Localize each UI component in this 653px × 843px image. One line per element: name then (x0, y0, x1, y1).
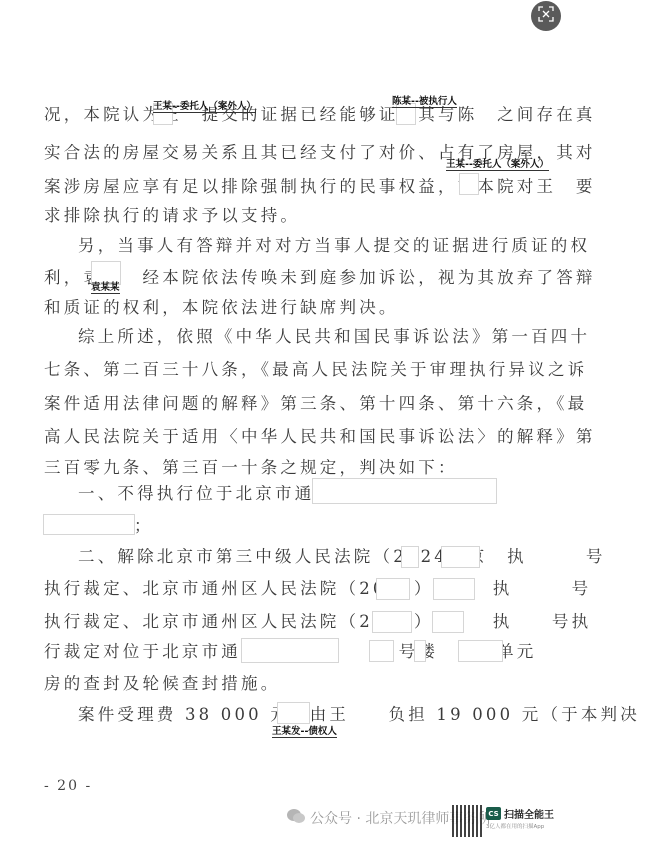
redaction-box (433, 578, 475, 600)
scanner-app-badge: CS 扫描全能王 (486, 806, 554, 821)
redaction-box (241, 638, 339, 663)
text-line: 七条、第二百三十八条，《最高人民法院关于审理执行异议之诉 (44, 359, 587, 381)
text-line: 另，当事人有答辩并对对方当事人提交的证据进行质证的权 (78, 235, 590, 257)
redaction-box (376, 578, 410, 600)
redaction-box (312, 478, 497, 504)
redaction-box (372, 611, 412, 633)
text-line: 案件适用法律问题的解释》第三条、第十四条、第十六条，《最 (44, 393, 587, 415)
redaction-box (369, 640, 394, 662)
redaction-box (432, 611, 464, 633)
camscanner-logo-icon: CS (486, 807, 501, 820)
page-number: - 20 - (44, 778, 92, 794)
scanner-app-name: 扫描全能王 (504, 806, 554, 821)
text-line: 利，袁 经本院依法传唤未到庭参加诉讼，视为其放弃了答辩 (44, 267, 596, 289)
annotation-label: 袁某某 (91, 282, 120, 294)
text-line: 三百零九条、第三百一十条之规定，判决如下： (44, 457, 458, 479)
text-line: 案件受理费 38 000 元，由王 负担 19 000 元（于本判决 (78, 704, 640, 726)
qr-code (452, 805, 482, 837)
scan-icon (538, 6, 554, 26)
text-line: 案涉房屋应享有足以排除强制执行的民事权益，故本院对王 要 (44, 176, 596, 198)
redaction-box (414, 640, 426, 662)
redaction-box (441, 546, 480, 568)
scanner-app-tagline: 3亿人都在用的扫描App (486, 822, 544, 830)
text-line: 二、解除北京市第三中级人民法院（2024）京 执 号 (78, 546, 606, 568)
redaction-box (277, 702, 310, 724)
wechat-icon (286, 808, 306, 828)
scan-fab-button[interactable] (531, 1, 561, 31)
redaction-box (458, 640, 503, 662)
document-page: 况，本院认为王 提交的证据已经能够证明其与陈 之间存在真 实合法的房屋交易关系且… (0, 0, 653, 843)
redaction-box (401, 546, 419, 568)
text-line: 房的查封及轮候查封措施。 (44, 673, 280, 695)
text-line: 况，本院认为王 提交的证据已经能够证明其与陈 之间存在真 (44, 104, 596, 126)
text-line: 综上所述，依照《中华人民共和国民事诉讼法》第一百四十 (78, 326, 590, 348)
redaction-box (43, 514, 135, 535)
redaction-box (459, 173, 479, 195)
text-line: 求排除执行的请求予以支持。 (44, 205, 300, 227)
text-line: ； (134, 515, 154, 537)
annotation-label: 王某发--债权人 (272, 726, 337, 738)
text-line: 和质证的权利，本院依法进行缺席判决。 (44, 297, 399, 319)
annotation-label: 陈某--被执行人 (392, 96, 457, 108)
text-line: 高人民法院关于适用〈中华人民共和国民事诉讼法〉的解释》第 (44, 426, 596, 448)
text-line: 执行裁定、北京市通州区人民法院（2025）京 执 号执 (44, 611, 591, 633)
annotation-label: 王某--委托人（案外人） (446, 159, 549, 171)
text-line: 执行裁定、北京市通州区人民法院（2024）京 执 号 (44, 578, 591, 600)
annotation-label: 王某--委托人（案外人） (153, 101, 256, 113)
